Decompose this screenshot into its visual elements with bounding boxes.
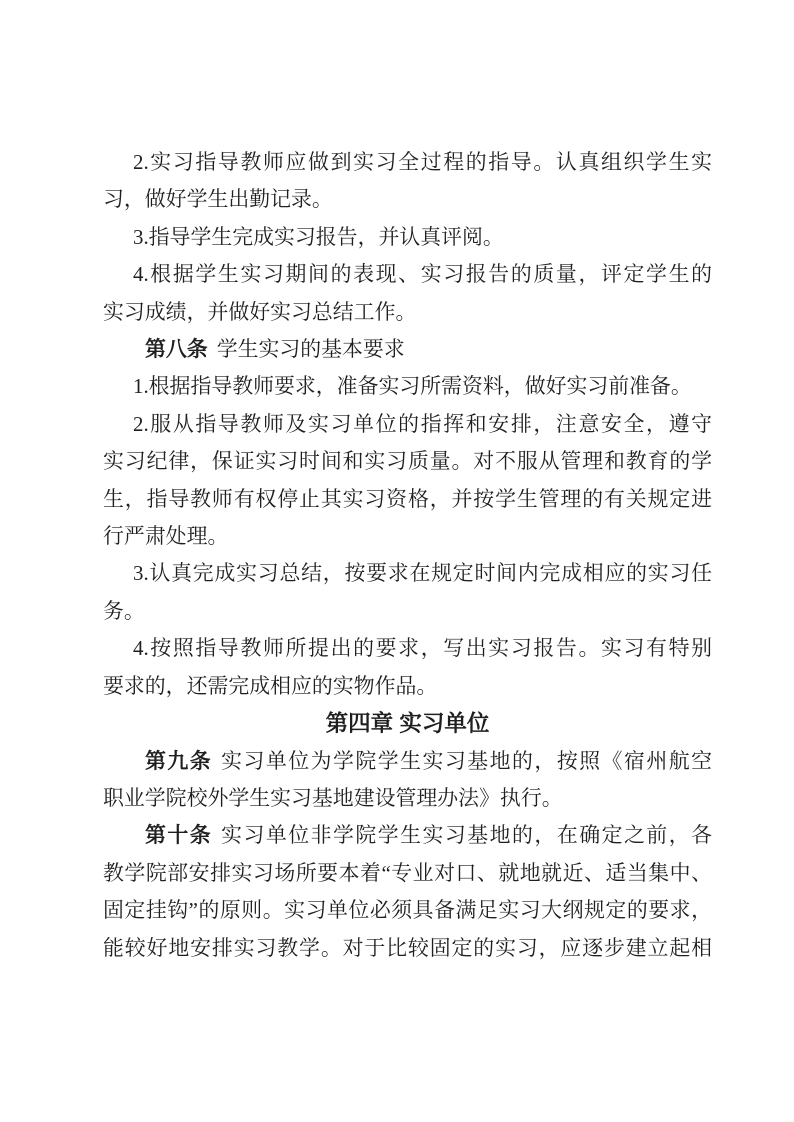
- line-text: 实习成绩，并做好实习总结工作。: [103, 300, 416, 324]
- line-text: 固定挂钩”的原则。实习单位必须具备满足实习大纲规定的要求，: [103, 898, 712, 922]
- line-text: 2.实习指导教师应做到实习全过程的指导。认真组织学生实: [133, 150, 712, 174]
- body-paragraph: 2.实习指导教师应做到实习全过程的指导。认真组织学生实习，做好学生出勤记录。: [103, 144, 712, 219]
- text-line: 4.根据学生实习期间的表现、实习报告的质量，评定学生的: [103, 256, 712, 293]
- text-line: 职业学院校外学生实习基地建设管理办法》执行。: [103, 780, 712, 817]
- body-paragraph: 4.按照指导教师所提出的要求，写出实习报告。实习有特别要求的，还需完成相应的实物…: [103, 630, 712, 705]
- line-text: 3.认真完成实习总结，按要求在规定时间内完成相应的实习任: [133, 561, 712, 585]
- text-line: 行严肃处理。: [103, 518, 712, 555]
- line-text: 生，指导教师有权停止其实习资格，并按学生管理的有关规定进: [103, 487, 712, 511]
- line-text: 4.按照指导教师所提出的要求，写出实习报告。实习有特别: [133, 636, 712, 660]
- line-text: 1.根据指导教师要求，准备实习所需资料，做好实习前准备。: [133, 374, 692, 398]
- text-line: 2.服从指导教师及实习单位的指挥和安排，注意安全，遵守: [103, 406, 712, 443]
- body-paragraph: 3.认真完成实习总结，按要求在规定时间内完成相应的实习任务。: [103, 555, 712, 630]
- text-line: 第四章 实习单位: [103, 705, 712, 742]
- text-line: 第八条学生实习的基本要求: [103, 331, 712, 368]
- text-line: 第十条实习单位非学院学生实习基地的，在确定之前，各: [103, 817, 712, 854]
- text-line: 4.按照指导教师所提出的要求，写出实习报告。实习有特别: [103, 630, 712, 667]
- line-text: 习，做好学生出勤记录。: [103, 187, 333, 211]
- line-text: 能较好地安排实习教学。对于比较固定的实习，应逐步建立起相: [103, 936, 712, 960]
- text-line: 固定挂钩”的原则。实习单位必须具备满足实习大纲规定的要求，: [103, 892, 712, 929]
- line-text: 2.服从指导教师及实习单位的指挥和安排，注意安全，遵守: [133, 412, 712, 436]
- article-number: 第十条: [145, 823, 212, 847]
- body-paragraph: 1.根据指导教师要求，准备实习所需资料，做好实习前准备。: [103, 368, 712, 405]
- text-line: 实习成绩，并做好实习总结工作。: [103, 294, 712, 331]
- text-line: 务。: [103, 593, 712, 630]
- page-content: 2.实习指导教师应做到实习全过程的指导。认真组织学生实习，做好学生出勤记录。3.…: [103, 144, 712, 967]
- article-paragraph: 第八条学生实习的基本要求: [103, 331, 712, 368]
- document-page: 2.实习指导教师应做到实习全过程的指导。认真组织学生实习，做好学生出勤记录。3.…: [0, 0, 794, 1122]
- body-paragraph: 2.服从指导教师及实习单位的指挥和安排，注意安全，遵守实习纪律，保证实习时间和实…: [103, 406, 712, 556]
- text-line: 能较好地安排实习教学。对于比较固定的实习，应逐步建立起相: [103, 930, 712, 967]
- article-number: 第九条: [145, 749, 212, 773]
- text-line: 3.认真完成实习总结，按要求在规定时间内完成相应的实习任: [103, 555, 712, 592]
- body-paragraph: 4.根据学生实习期间的表现、实习报告的质量，评定学生的实习成绩，并做好实习总结工…: [103, 256, 712, 331]
- article-paragraph: 第十条实习单位非学院学生实习基地的，在确定之前，各教学院部安排实习场所要本着“专…: [103, 817, 712, 967]
- text-line: 生，指导教师有权停止其实习资格，并按学生管理的有关规定进: [103, 481, 712, 518]
- line-text: 第四章 实习单位: [326, 711, 490, 736]
- line-text: 实习纪律，保证实习时间和实习质量。对不服从管理和教育的学: [103, 449, 712, 473]
- line-text: 教学院部安排实习场所要本着“专业对口、就地就近、适当集中、: [103, 861, 712, 885]
- text-line: 习，做好学生出勤记录。: [103, 181, 712, 218]
- line-text: 要求的，还需完成相应的实物作品。: [103, 674, 437, 698]
- line-text: 3.指导学生完成实习报告，并认真评阅。: [133, 225, 504, 249]
- text-line: 要求的，还需完成相应的实物作品。: [103, 668, 712, 705]
- line-text: 4.根据学生实习期间的表现、实习报告的质量，评定学生的: [133, 262, 712, 286]
- line-text: 行严肃处理。: [103, 524, 228, 548]
- chapter-heading: 第四章 实习单位: [103, 705, 712, 742]
- article-number: 第八条: [145, 337, 208, 361]
- text-line: 3.指导学生完成实习报告，并认真评阅。: [103, 219, 712, 256]
- line-text: 实习单位为学院学生实习基地的，按照《宿州航空: [221, 749, 712, 773]
- line-text: 职业学院校外学生实习基地建设管理办法》执行。: [103, 786, 563, 810]
- body-paragraph: 3.指导学生完成实习报告，并认真评阅。: [103, 219, 712, 256]
- text-line: 实习纪律，保证实习时间和实习质量。对不服从管理和教育的学: [103, 443, 712, 480]
- line-text: 学生实习的基本要求: [217, 337, 405, 361]
- text-line: 教学院部安排实习场所要本着“专业对口、就地就近、适当集中、: [103, 855, 712, 892]
- text-line: 1.根据指导教师要求，准备实习所需资料，做好实习前准备。: [103, 368, 712, 405]
- text-line: 2.实习指导教师应做到实习全过程的指导。认真组织学生实: [103, 144, 712, 181]
- article-paragraph: 第九条实习单位为学院学生实习基地的，按照《宿州航空职业学院校外学生实习基地建设管…: [103, 743, 712, 818]
- text-line: 第九条实习单位为学院学生实习基地的，按照《宿州航空: [103, 743, 712, 780]
- line-text: 务。: [103, 599, 145, 623]
- line-text: 实习单位非学院学生实习基地的，在确定之前，各: [221, 823, 712, 847]
